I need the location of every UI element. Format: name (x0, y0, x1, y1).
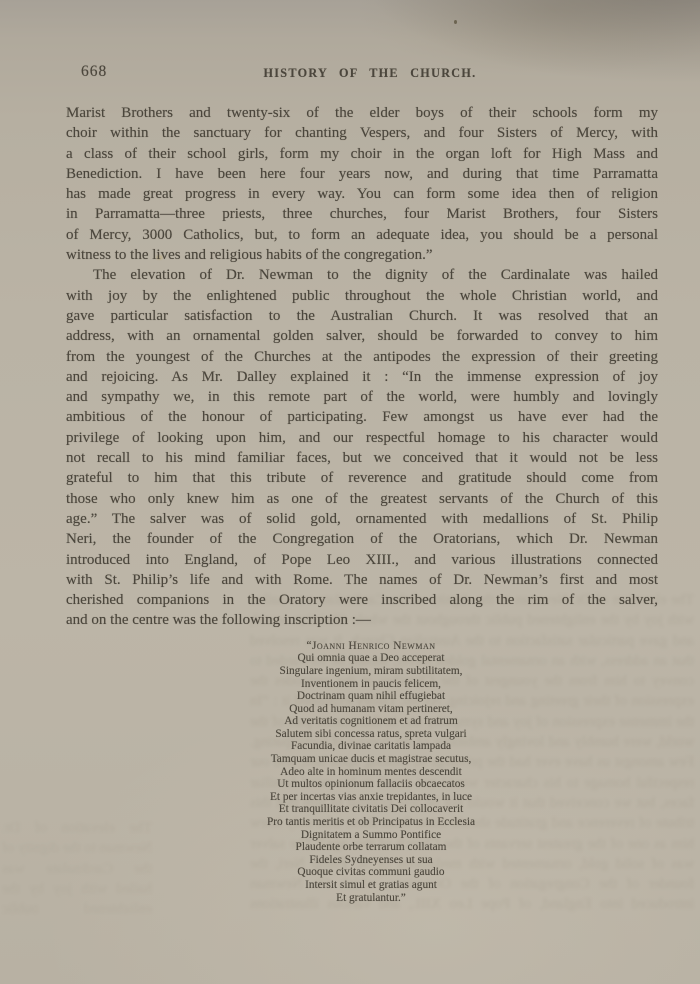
body-paragraphs: Marist Brothers and twenty-six of the el… (66, 103, 658, 631)
inscription-line: Adeo alte in hominum mentes descendit (84, 766, 658, 779)
body-text-line: cherished companions in the Oratory were… (66, 590, 658, 610)
body-text-line: not recall to his mind familiar faces, b… (66, 448, 658, 468)
body-text-line: and rejoicing. As Mr. Dalley explained i… (66, 367, 658, 387)
body-text-line: and sympathy we, in this remote part of … (66, 387, 658, 407)
inscription-line: Salutem sibi concessa ratus, spreta vulg… (84, 728, 658, 741)
inscription-line: Pro tantis meritis et ob Principatus in … (84, 816, 658, 829)
body-text-line: ambitious of the honour of participating… (66, 407, 658, 427)
paper-speck (454, 20, 457, 24)
running-head: 668 HISTORY OF THE CHURCH. (66, 63, 658, 83)
text-block: Marist Brothers and twenty-six of the el… (66, 103, 658, 904)
body-text-line: in Parramatta—three priests, three churc… (66, 204, 658, 224)
body-text-line: of Mercy, 3000 Catholics, but, to form a… (66, 225, 658, 245)
inscription-line: Ad veritatis cognitionem et ad fratrum (84, 715, 658, 728)
body-text-line: has made great progress in every way. Yo… (66, 184, 658, 204)
body-text-line: Marist Brothers and twenty-six of the el… (66, 103, 658, 123)
inscription-line: Fideles Sydneyenses ut sua (84, 854, 658, 867)
body-text-line: grateful to him that this tribute of rev… (66, 468, 658, 488)
inscription-line: Tamquam unicae ducis et magistrae secutu… (84, 753, 658, 766)
body-text-line: witness to the lives and religious habit… (66, 245, 658, 265)
body-text-line: Neri, the founder of the Congregation of… (66, 529, 658, 549)
body-text-line: gave particular satisfaction to the Aust… (66, 306, 658, 326)
inscription-line: Doctrinam quam nihil effugiebat (84, 690, 658, 703)
body-text-line: introduced into England, of Pope Leo XII… (66, 550, 658, 570)
body-text-line: and on the centre was the following insc… (66, 610, 658, 630)
inscription-line: Dignitatem a Summo Pontifice (84, 829, 658, 842)
inscription-line: Inventionem in paucis felicem, (84, 678, 658, 691)
book-page: The elevation of Dr. Newman to the digni… (0, 0, 700, 984)
inscription-line: Plaudente orbe terrarum collatam (84, 841, 658, 854)
inscription-line: Singulare ingenium, miram subtilitatem, (84, 665, 658, 678)
body-text-line: a class of their school girls, form my c… (66, 144, 658, 164)
inscription-line: Quod ad humanam vitam pertineret, (84, 703, 658, 716)
body-text-line: address, with an ornamental golden salve… (66, 326, 658, 346)
inscription-line: Et per incertas vias anxie trepidantes, … (84, 791, 658, 804)
inscription-line: “Joanni Henrico Newman (84, 640, 658, 653)
inscription-line: Facundia, divinae caritatis lampada (84, 740, 658, 753)
inscription-line: Et tranquillitate civitatis Dei collocav… (84, 803, 658, 816)
body-text-line: choir within the sanctuary for chanting … (66, 123, 658, 143)
body-text-line: with St. Philip’s life and with Rome. Th… (66, 570, 658, 590)
body-text-line: privilege of looking upon him, and our r… (66, 428, 658, 448)
body-text-line: age.” The salver was of solid gold, orna… (66, 509, 658, 529)
inscription-line: Intersit simul et gratias agunt (84, 879, 658, 892)
inscription-line: Qui omnia quae a Deo acceperat (84, 652, 658, 665)
inscription-block: “Joanni Henrico NewmanQui omnia quae a D… (66, 640, 658, 904)
body-text-line: with joy by the enlightened public throu… (66, 286, 658, 306)
inscription-line: Ut multos opinionum fallaciis obcaecatos (84, 778, 658, 791)
body-text-line: The elevation of Dr. Newman to the digni… (66, 265, 658, 285)
body-text-line: from the youngest of the Churches at the… (66, 347, 658, 367)
body-text-line: Benediction. I have been here four years… (66, 164, 658, 184)
body-text-line: those who only knew him as one of the gr… (66, 489, 658, 509)
inscription-line: Quoque civitas communi gaudio (84, 866, 658, 879)
inscription-line: Et gratulantur.” (84, 892, 658, 905)
running-title: HISTORY OF THE CHURCH. (66, 66, 658, 81)
